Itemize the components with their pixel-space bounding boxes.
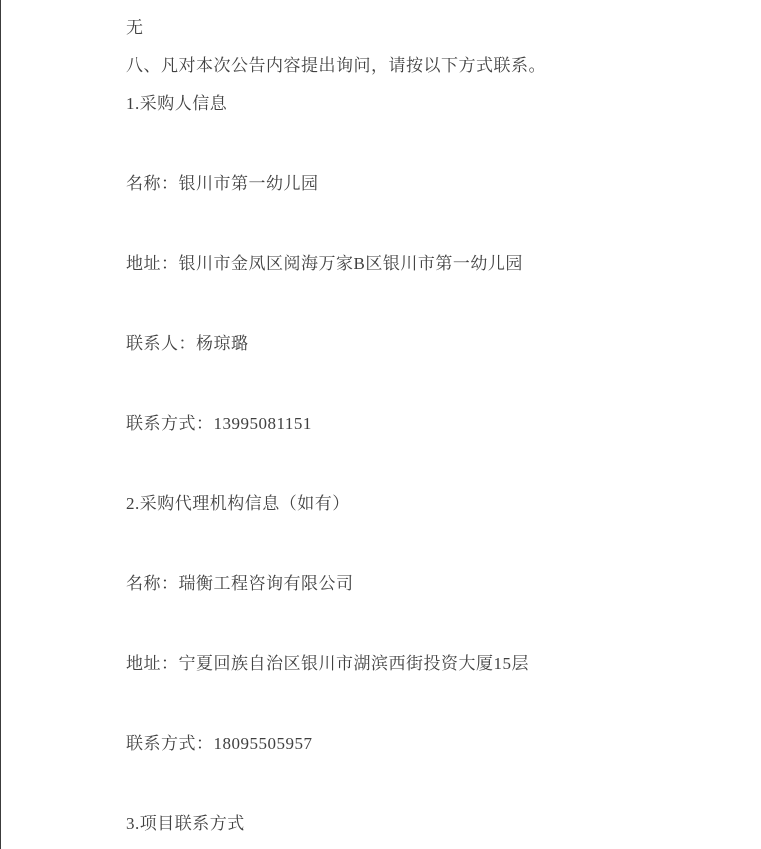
purchaser-name: 名称：银川市第一幼儿园 bbox=[126, 172, 733, 196]
agency-contact-method: 联系方式：18095505957 bbox=[126, 732, 733, 756]
inquiry-contact-heading: 八、凡对本次公告内容提出询问，请按以下方式联系。 bbox=[126, 54, 733, 78]
none-value-text: 无 bbox=[126, 16, 733, 40]
agency-section-heading: 2.采购代理机构信息（如有） bbox=[126, 492, 733, 516]
purchaser-contact-person: 联系人：杨琼璐 bbox=[126, 332, 733, 356]
agency-name: 名称：瑞衡工程咨询有限公司 bbox=[126, 572, 733, 596]
agency-address: 地址：宁夏回族自治区银川市湖滨西街投资大厦15层 bbox=[126, 652, 733, 676]
purchaser-section-heading: 1.采购人信息 bbox=[126, 92, 733, 116]
announcement-document: 无 八、凡对本次公告内容提出询问，请按以下方式联系。 1.采购人信息 名称：银川… bbox=[0, 0, 761, 849]
project-contact-section-heading: 3.项目联系方式 bbox=[126, 812, 733, 836]
purchaser-address: 地址：银川市金凤区阅海万家B区银川市第一幼儿园 bbox=[126, 252, 733, 276]
purchaser-contact-method: 联系方式：13995081151 bbox=[126, 412, 733, 436]
